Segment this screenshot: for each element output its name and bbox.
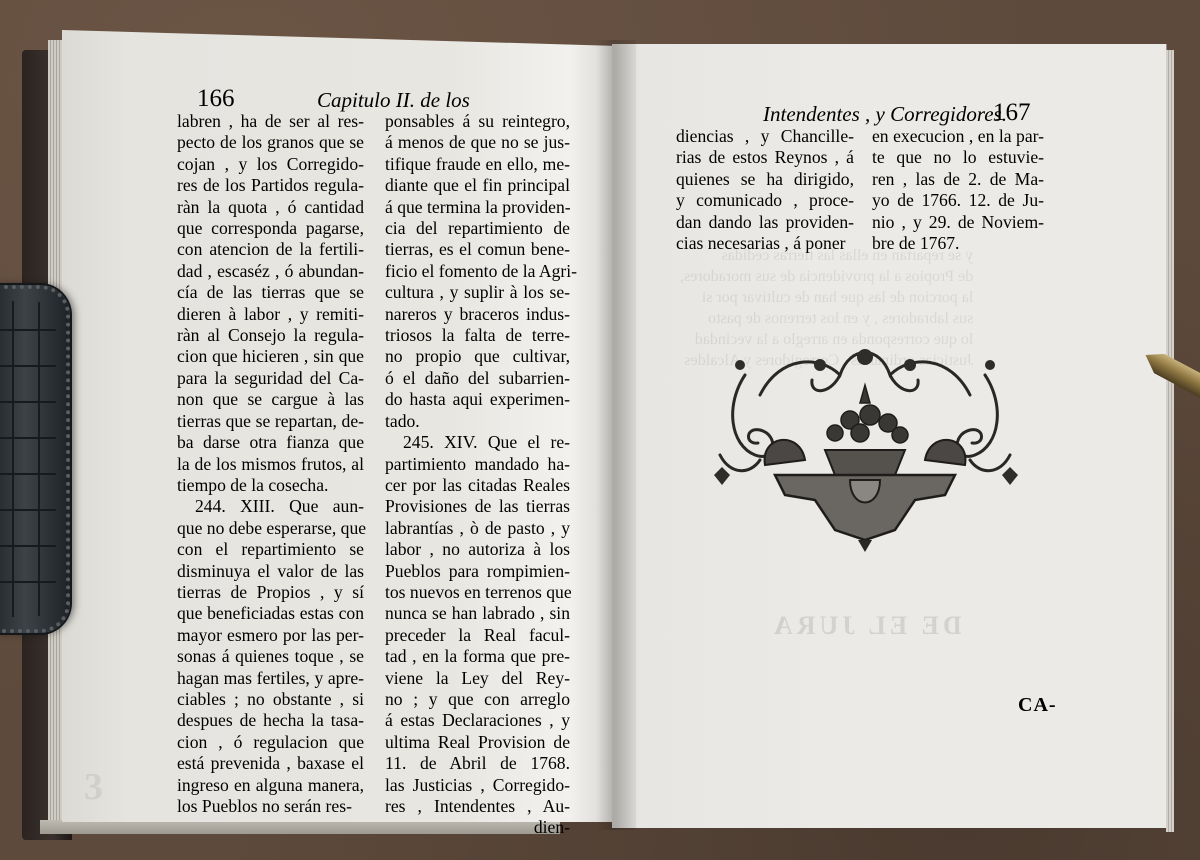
text-line: dieren à labor , y remiti- xyxy=(177,304,364,325)
text-line: no ; y que con arreglo xyxy=(385,689,570,710)
text-line: cia del repartimiento de xyxy=(385,218,570,239)
text-line: tos nuevos en terrenos que xyxy=(385,582,570,603)
text-line: te que no lo estuvie- xyxy=(872,147,1044,168)
text-line: cía de las tierras que se xyxy=(177,282,364,303)
text-line: ren , las de 2. de Ma- xyxy=(872,169,1044,190)
gutter-shadow xyxy=(596,40,636,830)
page-number-right: 167 xyxy=(993,99,1031,127)
text-line: dad , escaséz , ó abundan- xyxy=(177,261,364,282)
text-line: que beneficiadas estas con xyxy=(177,603,364,624)
text-line: cer por las citadas Reales xyxy=(385,475,570,496)
show-through-heading: DE EL JURA xyxy=(770,615,962,636)
text-line: la de los mismos frutos, al xyxy=(177,454,364,475)
text-line: á estas Declaraciones , y xyxy=(385,710,570,731)
text-line: tiempo de la cosecha. xyxy=(177,475,364,496)
text-line: dan dando las providen- xyxy=(676,212,854,233)
text-line: ciables ; no obstante , si xyxy=(177,689,364,710)
text-line: ràn la quota , ó cantidad xyxy=(177,197,364,218)
text-line: non que se cargue à las xyxy=(177,389,364,410)
text-line: á que termina la providen- xyxy=(385,197,570,218)
text-line: ficio el fomento de la Agri- xyxy=(385,261,570,282)
text-line: quienes se ha dirigido, xyxy=(676,169,854,190)
text-line: tierras que se repartan, de- xyxy=(177,411,364,432)
text-line: tado. xyxy=(385,411,570,432)
text-line: viene la Ley del Rey- xyxy=(385,668,570,689)
text-line: disminuya el valor de las xyxy=(177,561,364,582)
text-line: labren , ha de ser al res- xyxy=(177,111,364,132)
text-line: res de los Partidos regula- xyxy=(177,175,364,196)
running-head-left: Capitulo II. de los xyxy=(317,88,470,113)
text-line: Provisiones de las tierras xyxy=(385,496,570,517)
metal-clasp xyxy=(0,285,70,633)
text-line: ràn al Consejo la regula- xyxy=(177,325,364,346)
text-line: está prevenida , baxase el xyxy=(177,753,364,774)
text-line: ó el daño del subarrien- xyxy=(385,368,570,389)
right-page-column-1: diencias , y Chancille-rias de estos Rey… xyxy=(676,126,854,254)
text-line: diencias , y Chancille- xyxy=(676,126,854,147)
embossed-mark: 3 xyxy=(84,765,103,809)
text-line: nunca se han labrado , sin xyxy=(385,603,570,624)
text-line: diante que el fin principal xyxy=(385,175,570,196)
text-line: cultura , y suplir à los se- xyxy=(385,282,570,303)
text-line: preceder la Real facul- xyxy=(385,625,570,646)
text-line: para la seguridad del Ca- xyxy=(177,368,364,389)
text-line: no propio que cultivar, xyxy=(385,346,570,367)
left-page-column-1: labren , ha de ser al res-pecto de los g… xyxy=(177,111,364,817)
page-number-left: 166 xyxy=(197,85,235,113)
text-line: labrantías , ò de pasto , y xyxy=(385,518,570,539)
text-line: Pueblos para rompimien- xyxy=(385,561,570,582)
text-line: tierras de Propios , y sí xyxy=(177,582,364,603)
text-line: con el repartimiento se xyxy=(177,539,364,560)
text-line: con atencion de la fertili- xyxy=(177,239,364,260)
text-line: que corresponda pagarse, xyxy=(177,218,364,239)
text-line: pecto de los granos que se xyxy=(177,132,364,153)
text-line: los Pueblos no serán res- xyxy=(177,796,364,817)
text-line: sonas á quienes toque , se xyxy=(177,646,364,667)
floral-basket-ornament xyxy=(700,335,1030,555)
right-page-column-2: en execucion , en la par-te que no lo es… xyxy=(872,126,1044,254)
text-line: labor , no autoriza à los xyxy=(385,539,570,560)
text-line: partimiento mandado ha- xyxy=(385,454,570,475)
text-line: despues de hecha la tasa- xyxy=(177,710,364,731)
right-page-stack xyxy=(1166,50,1174,832)
text-line: tifique fraude en ello, me- xyxy=(385,154,570,175)
text-line: rias de estos Reynos , á xyxy=(676,147,854,168)
text-line: res , Intendentes , Au- xyxy=(385,796,570,817)
left-page-column-2: ponsables á su reintegro,á menos de que … xyxy=(385,111,570,839)
text-line: tad , en la forma que pre- xyxy=(385,646,570,667)
text-line: ingreso en alguna manera, xyxy=(177,775,364,796)
running-head-right: Intendentes , y Corregidores. xyxy=(763,102,1007,127)
text-line: 11. de Abril de 1768. xyxy=(385,753,570,774)
text-line: dien- xyxy=(385,817,570,838)
text-line: en execucion , en la par- xyxy=(872,126,1044,147)
text-line: nio , y 29. de Noviem- xyxy=(872,212,1044,233)
text-line: ultima Real Provision de xyxy=(385,732,570,753)
text-line: tierras, es el comun bene- xyxy=(385,239,570,260)
text-line: cojan , y los Corregido- xyxy=(177,154,364,175)
text-line: cion que hicieren , sin que xyxy=(177,346,364,367)
text-line: las Justicias , Corregido- xyxy=(385,775,570,796)
text-line: hagan mas fertiles, y apre- xyxy=(177,668,364,689)
text-line: 244. XIII. Que aun- xyxy=(177,496,364,517)
text-line: á menos de que no se jus- xyxy=(385,132,570,153)
text-line: ba darse otra fianza que xyxy=(177,432,364,453)
text-line: nareros y braceros indus- xyxy=(385,304,570,325)
text-line: y comunicado , proce- xyxy=(676,190,854,211)
text-line: triosos la falta de terre- xyxy=(385,325,570,346)
text-line: mayor esmero por las per- xyxy=(177,625,364,646)
text-line: 245. XIV. Que el re- xyxy=(385,432,570,453)
text-line: cion , ó regulacion que xyxy=(177,732,364,753)
text-line: ponsables á su reintegro, xyxy=(385,111,570,132)
text-line: que no debe esperarse, que xyxy=(177,518,364,539)
catchword: CA- xyxy=(1018,694,1057,717)
text-line: yo de 1766. 12. de Ju- xyxy=(872,190,1044,211)
text-line: do hasta aqui experimen- xyxy=(385,389,570,410)
